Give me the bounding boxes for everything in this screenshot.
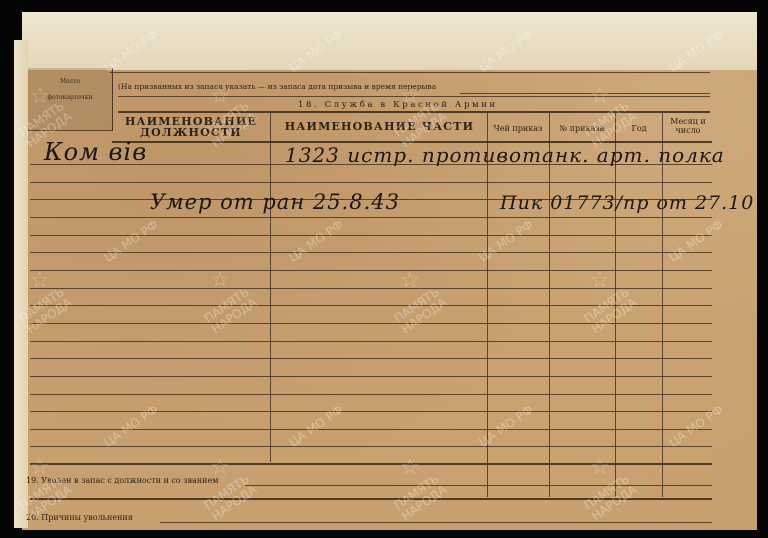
handwritten-order-ref: Пик 01773/пр от 27.10 bbox=[500, 192, 754, 214]
handwritten-death-note: Умер от ран 25.8.43 bbox=[150, 190, 400, 214]
column-header-unit: НАИМЕНОВАНИЕ ЧАСТИ bbox=[272, 121, 487, 132]
column-header-month-day: Месяц и число bbox=[664, 117, 712, 135]
left-margin-strip bbox=[14, 40, 28, 528]
instruction-fill-line bbox=[460, 93, 710, 94]
section-20-label: 20. Причины увольнения bbox=[26, 513, 133, 522]
rule-under-section-title bbox=[118, 111, 710, 113]
section-18-title: 18. Служба в Красной Армии bbox=[298, 100, 498, 110]
section-19-label: 19. Уволен в запас с должности и со зван… bbox=[26, 476, 218, 485]
top-margin-strip bbox=[22, 12, 757, 70]
rule-under-instruction bbox=[118, 96, 710, 97]
column-header-order-number: № приказа bbox=[549, 124, 615, 133]
handwritten-unit: 1323 истр. противотанк. арт. полка bbox=[285, 143, 725, 167]
photo-box: Место фотокарточки bbox=[28, 68, 113, 131]
photo-label-2: фотокарточки bbox=[28, 94, 112, 101]
photo-label-1: Место bbox=[28, 78, 112, 85]
handwritten-position: Ком вів bbox=[44, 138, 147, 166]
column-header-whose-order: Чей приказ bbox=[488, 124, 548, 133]
column-header-year: Год bbox=[616, 124, 662, 133]
instruction-line: (На призванных из запаса указать — из за… bbox=[118, 82, 436, 91]
rule-top bbox=[110, 72, 710, 73]
column-header-position: НАИМЕНОВАНИЕ ДОЛЖНОСТИ bbox=[112, 116, 270, 138]
